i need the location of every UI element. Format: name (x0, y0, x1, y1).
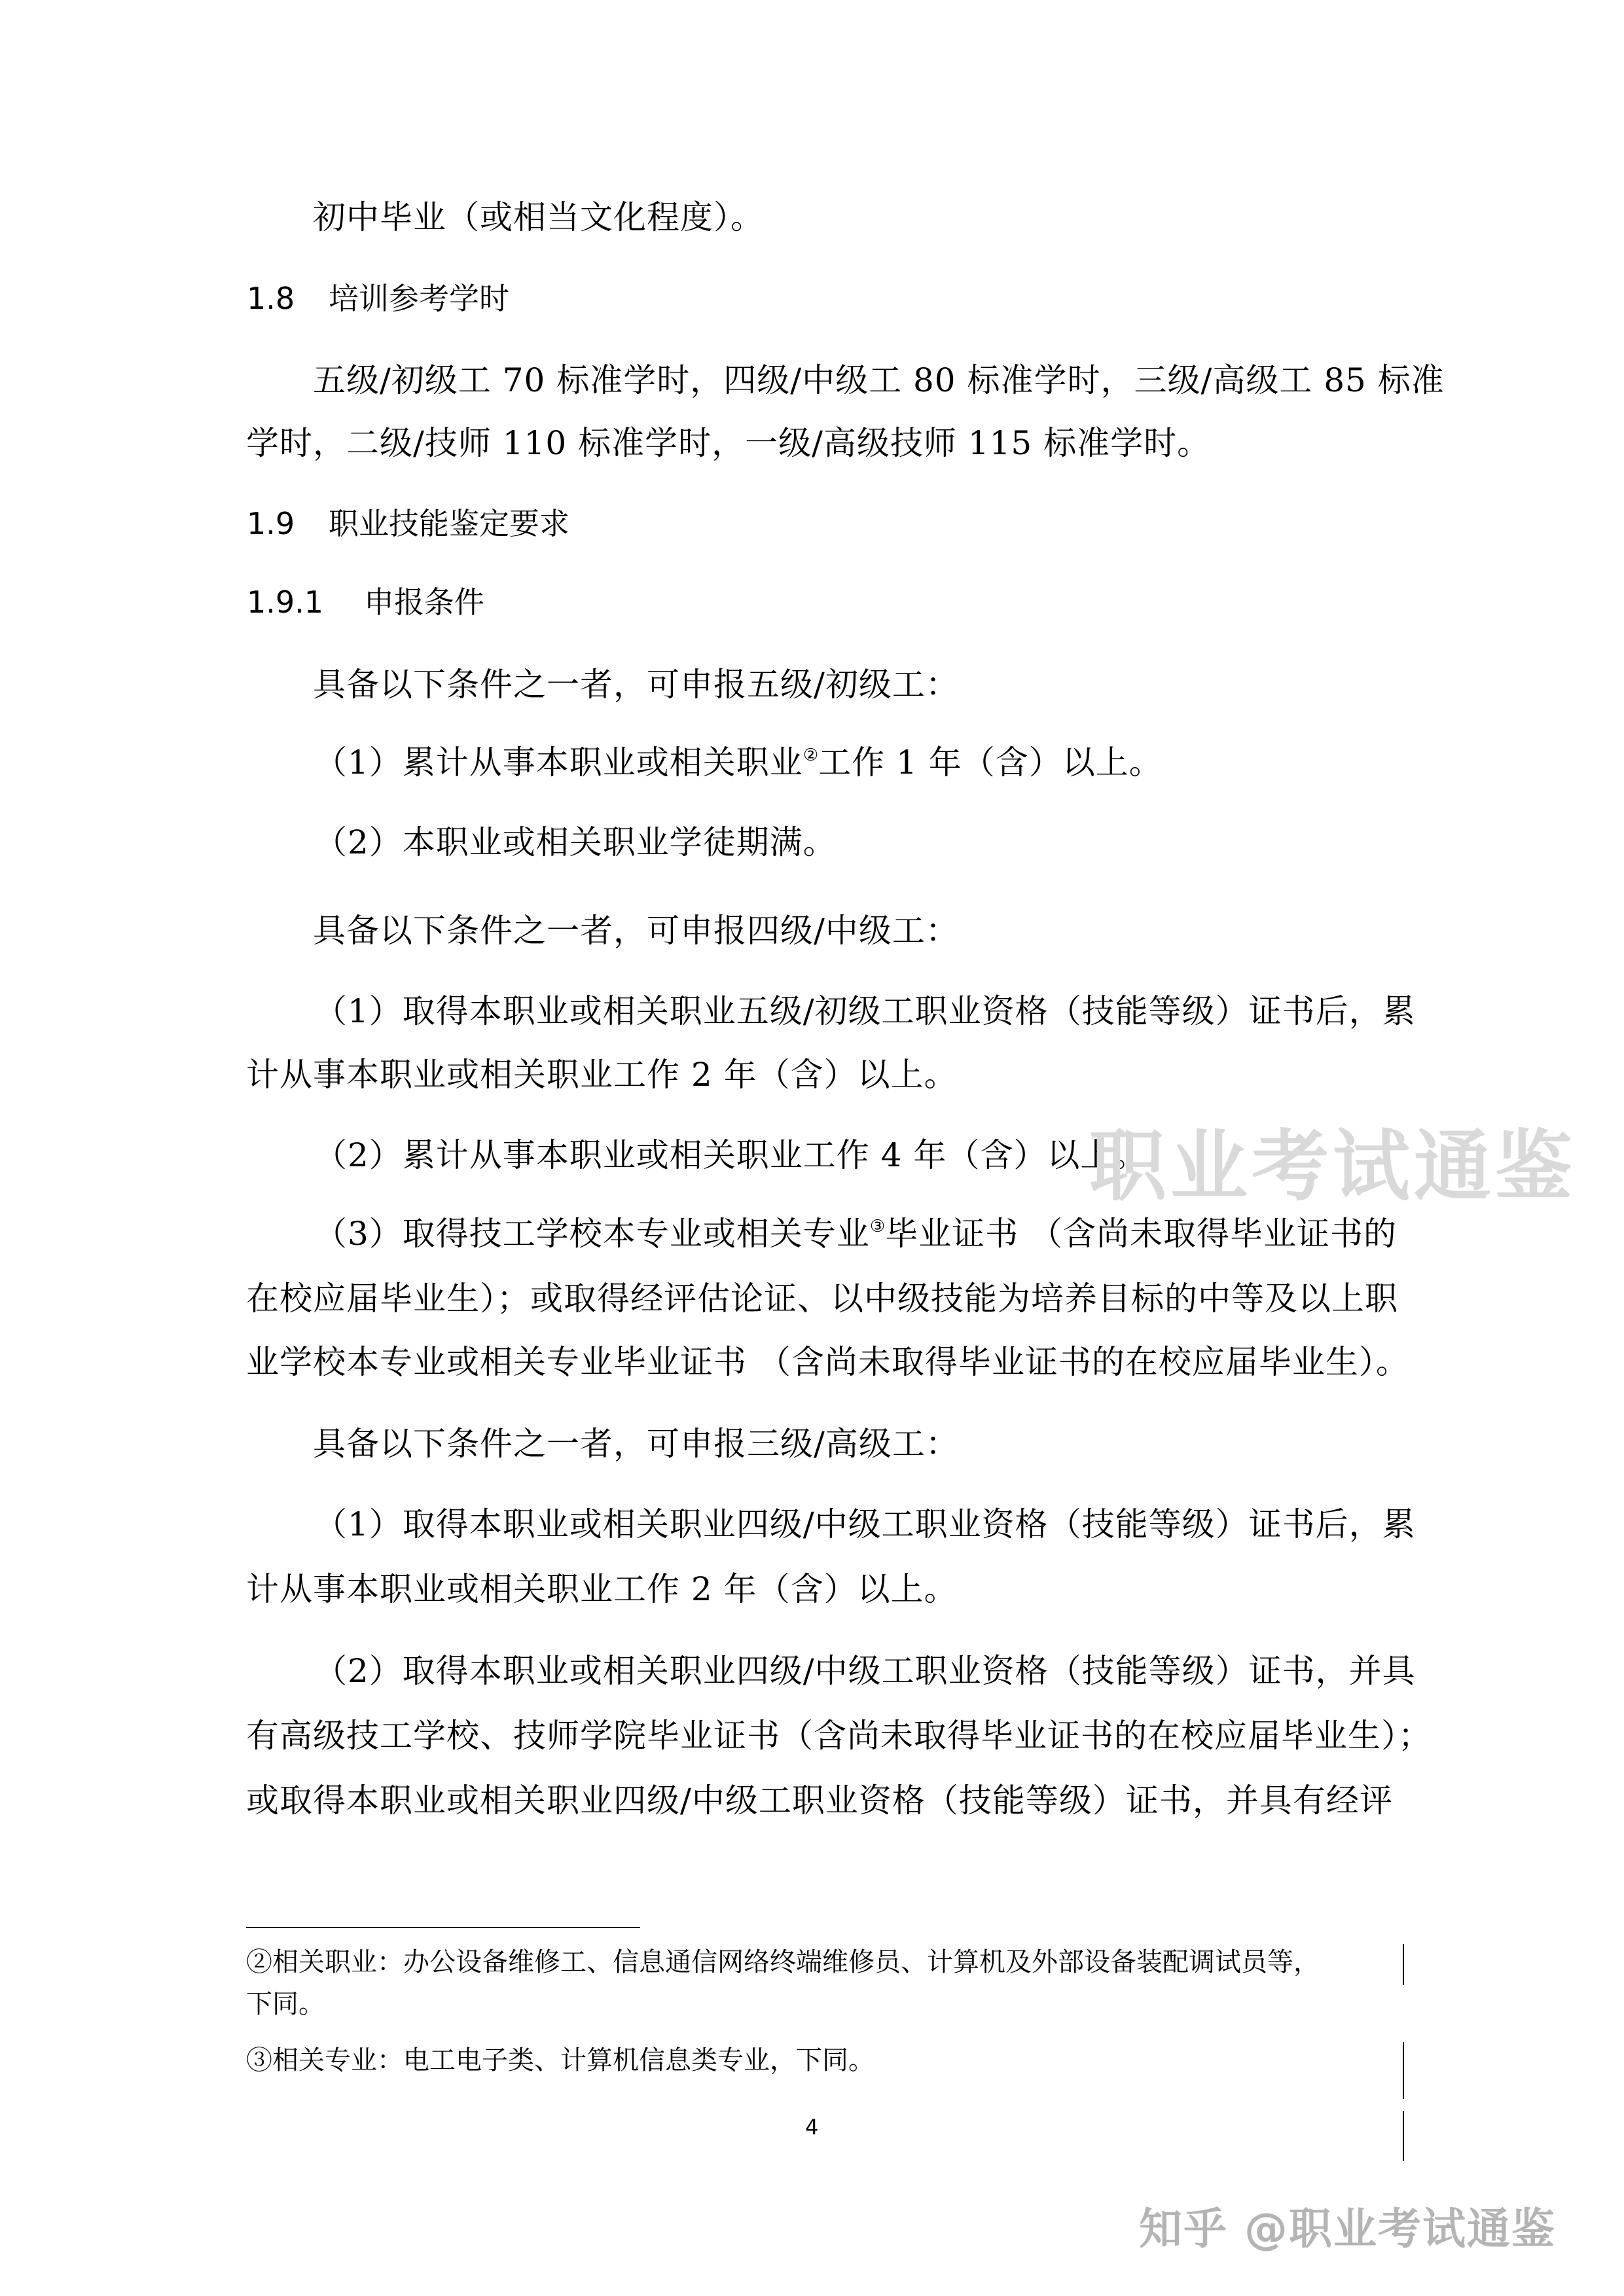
list-item-text: 工作 1 年（含）以上。 (818, 744, 1163, 781)
paragraph-training-hours-line1: 五级/初级工 70 标准学时，四级/中级工 80 标准学时，三级/高级工 85 … (313, 361, 1445, 400)
heading-number: 1.8 (247, 280, 295, 317)
watermark-text: 职业考试通鉴 (1089, 1121, 1576, 1212)
list-item-level3-2-line3: 或取得本职业或相关职业四级/中级工职业资格（技能等级）证书，并具有经评 (246, 1781, 1393, 1820)
footnote-ref-3[interactable]: ③ (870, 1217, 885, 1236)
list-item-level4-3-line2: 在校应届毕业生）；或取得经评估论证、以中级技能为培养目标的中等及以上职 (246, 1279, 1398, 1318)
list-item-level5-2: （2）本职业或相关职业学徒期满。 (314, 823, 837, 862)
footnote-2-line2: 下同。 (246, 1988, 325, 2020)
document-page: 初中毕业（或相当文化程度）。 1.8 培训参考学时 五级/初级工 70 标准学时… (0, 0, 1624, 2296)
paragraph-level5-intro: 具备以下条件之一者，可申报五级/初级工： (313, 665, 959, 704)
heading-1-9-1: 1.9.1 申报条件 (247, 584, 323, 620)
list-item-level4-2: （2）累计从事本职业或相关职业工作 4 年（含）以上。 (314, 1136, 1147, 1175)
list-item-text: （1）累计从事本职业或相关职业 (314, 744, 803, 781)
list-item-level4-1-line1: （1）取得本职业或相关职业五级/初级工职业资格（技能等级）证书后，累 (314, 992, 1416, 1031)
paragraph-level4-intro: 具备以下条件之一者，可申报四级/中级工： (313, 911, 959, 950)
list-item-level4-3-line3: 业学校本专业或相关专业毕业证书 （含尚未取得毕业证书的在校应届毕业生）。 (246, 1342, 1409, 1382)
footnote-3-line1: ③相关专业：电工电子类、计算机信息类专业，下同。 (246, 2045, 875, 2076)
list-item-text: （3）取得技工学校本专业或相关专业 (314, 1215, 870, 1253)
list-item-level4-3-line1: （3）取得技工学校本专业或相关专业③毕业证书 （含尚未取得毕业证书的 (314, 1214, 1397, 1253)
list-item-level3-1-line2: 计从事本职业或相关职业工作 2 年（含）以上。 (246, 1570, 958, 1609)
revision-bar (1403, 2042, 1404, 2099)
footnote-separator (246, 1927, 640, 1928)
list-item-level3-2-line2: 有高级技工学校、技师学院毕业证书（含尚未取得毕业证书的在校应届毕业生）； (246, 1716, 1432, 1755)
page-number: 4 (805, 2114, 818, 2140)
heading-title: 申报条件 (364, 584, 484, 620)
list-item-text: 毕业证书 （含尚未取得毕业证书的 (885, 1215, 1397, 1253)
footnote-2-line1: ②相关职业：办公设备维修工、信息通信网络终端维修员、计算机及外部设备装配调试员等… (246, 1946, 1320, 1978)
heading-number: 1.9 (247, 505, 295, 542)
paragraph-education-requirement: 初中毕业（或相当文化程度）。 (313, 198, 764, 237)
revision-bar (1403, 2111, 1404, 2161)
list-item-level3-1-line1: （1）取得本职业或相关职业四级/中级工职业资格（技能等级）证书后，累 (314, 1505, 1416, 1544)
heading-1-8: 1.8 培训参考学时 (247, 280, 295, 317)
revision-bar (1403, 1944, 1404, 1985)
paragraph-level3-intro: 具备以下条件之一者，可申报三级/高级工： (313, 1424, 959, 1463)
footnote-ref-2[interactable]: ② (803, 745, 818, 765)
heading-title: 职业技能鉴定要求 (329, 505, 569, 542)
list-item-level4-1-line2: 计从事本职业或相关职业工作 2 年（含）以上。 (246, 1055, 958, 1094)
heading-1-9: 1.9 职业技能鉴定要求 (247, 505, 295, 542)
zhihu-watermark: 知乎 @职业考试通鉴 (1139, 2203, 1556, 2255)
heading-number: 1.9.1 (247, 584, 323, 620)
list-item-level3-2-line1: （2）取得本职业或相关职业四级/中级工职业资格（技能等级）证书，并具 (314, 1651, 1416, 1691)
heading-title: 培训参考学时 (329, 280, 509, 317)
paragraph-training-hours-line2: 学时，二级/技师 110 标准学时，一级/高级技师 115 标准学时。 (246, 423, 1210, 463)
list-item-level5-1: （1）累计从事本职业或相关职业②工作 1 年（含）以上。 (314, 743, 1163, 782)
